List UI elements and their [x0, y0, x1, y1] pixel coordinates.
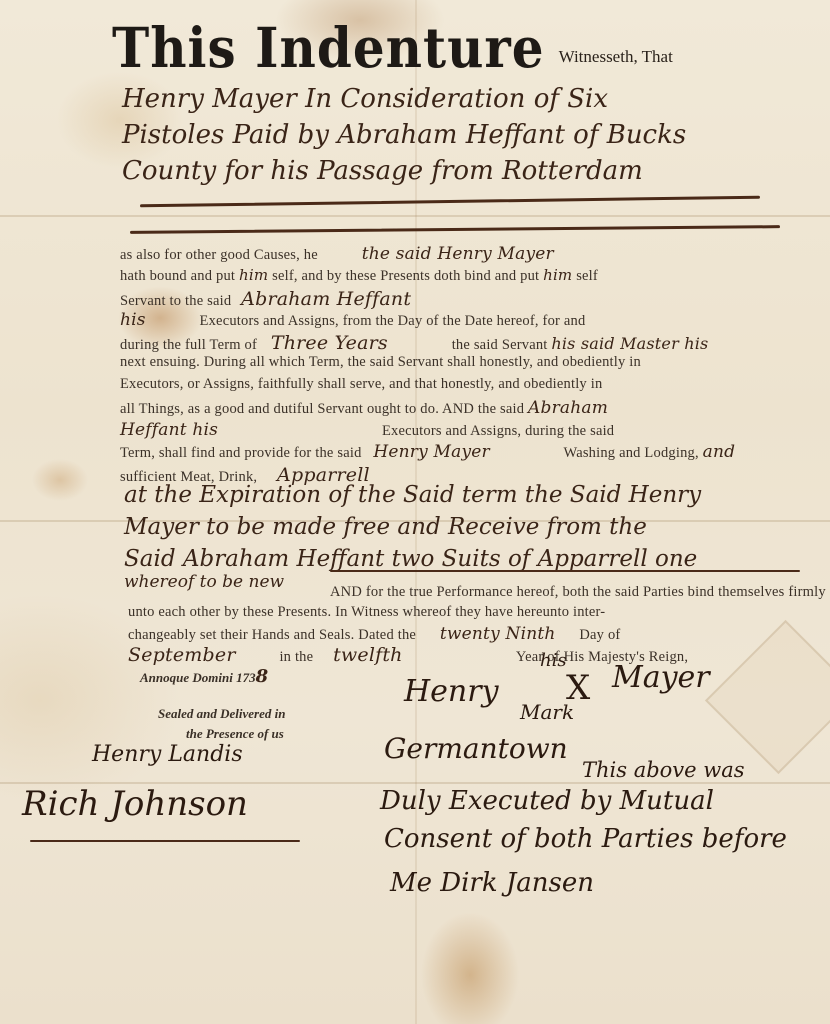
title-suffix: Witnesseth, That — [559, 47, 673, 67]
signature-flourish — [30, 840, 300, 842]
printed-line: next ensuing. During all which Term, the… — [120, 354, 641, 371]
handwritten-line: at the Expiration of the Said term the S… — [124, 482, 701, 508]
witness-signature: Henry Landis — [92, 742, 243, 767]
printed-text: self, and by these Presents doth bind an… — [272, 268, 539, 284]
handwritten-fill: him — [239, 266, 268, 284]
handwritten-fill: Abraham Heffant — [241, 288, 411, 310]
date-day: twenty Ninth — [440, 624, 556, 644]
handwritten-line: County for his Passage from Rotterdam — [122, 156, 643, 186]
printed-line: during the full Term of Three Years the … — [120, 332, 708, 354]
handwritten-fill: Heffant his — [120, 420, 218, 440]
witness-caption: Sealed and Delivered in — [158, 706, 285, 722]
attestation-line: Me Dirk Jansen — [390, 868, 594, 898]
printed-line: hath bound and put him self, and by thes… — [120, 266, 598, 285]
printed-line: unto each other by these Presents. In Wi… — [128, 604, 605, 621]
printed-text: changeably set their Hands and Seals. Da… — [128, 627, 416, 643]
signature-last-name: Mayer — [612, 660, 710, 695]
printed-text: Executors and Assigns, from the Day of t… — [200, 313, 586, 329]
handwritten-line: Henry Mayer In Consideration of Six — [122, 84, 608, 114]
signature-first-name: Henry — [404, 674, 499, 709]
signature-his: his — [540, 650, 567, 671]
anno-domini: Annoque Domini 1738 — [140, 666, 268, 687]
printed-text: all Things, as a good and dutiful Servan… — [120, 401, 524, 417]
printed-text: Washing and Lodging, — [563, 445, 698, 461]
printed-line: changeably set their Hands and Seals. Da… — [128, 624, 620, 644]
printed-text: the said Servant — [452, 337, 548, 353]
printed-text: Term, shall find and provide for the sai… — [120, 445, 362, 461]
handwritten-fill: the said Henry Mayer — [362, 244, 554, 264]
printed-text: self — [576, 268, 598, 284]
printed-text: Annoque Domini 173 — [140, 670, 256, 685]
printed-text: Servant to the said — [120, 293, 231, 309]
printed-text: Executors and Assigns, during the said — [382, 423, 614, 439]
handwritten-line: Mayer to be made free and Receive from t… — [124, 514, 647, 540]
handwritten-fill: his said Master his — [551, 334, 708, 353]
printed-line: Heffant his Executors and Assigns, durin… — [120, 420, 614, 440]
printed-line: his Executors and Assigns, from the Day … — [120, 310, 585, 330]
printed-line: as also for other good Causes, he the sa… — [120, 244, 554, 264]
attestation-line: Consent of both Parties before — [384, 824, 787, 854]
printed-line: Executors, or Assigns, faithfully shall … — [120, 376, 602, 393]
date-month: September — [128, 644, 236, 666]
printed-text: hath bound and put — [120, 268, 235, 284]
handwritten-fill: Three Years — [271, 332, 388, 354]
attestation-line: This above was — [582, 758, 745, 782]
printed-text: as also for other good Causes, he — [120, 247, 318, 263]
printed-line: September in the twelfth Year of His Maj… — [128, 644, 688, 666]
signature-place: Germantown — [384, 732, 568, 765]
date-regnal-year: twelfth — [333, 644, 403, 666]
printed-line: all Things, as a good and dutiful Servan… — [120, 398, 608, 418]
handwritten-line: Said Abraham Heffant two Suits of Apparr… — [124, 546, 697, 572]
handwritten-line: whereof to be new — [124, 572, 284, 592]
handwritten-fill: and — [703, 442, 736, 462]
printed-text: Day of — [579, 627, 620, 643]
handwritten-fill: Henry Mayer — [373, 442, 490, 462]
document-title: This Indenture — [112, 15, 545, 80]
witness-signature: Rich Johnson — [22, 784, 248, 824]
handwritten-line: Pistoles Paid by Abraham Heffant of Buck… — [122, 120, 686, 150]
signature-mark-label: Mark — [520, 700, 574, 724]
ink-rule — [330, 570, 800, 572]
printed-text: in the — [279, 649, 313, 665]
handwritten-fill: him — [543, 266, 572, 284]
attestation-line: Duly Executed by Mutual — [380, 786, 714, 816]
printed-line: AND for the true Performance hereof, bot… — [330, 584, 826, 601]
printed-line: Term, shall find and provide for the sai… — [120, 442, 735, 462]
date-year-digit: 8 — [256, 666, 269, 687]
handwritten-fill: his — [120, 310, 146, 330]
printed-line: Servant to the said Abraham Heffant — [120, 288, 417, 310]
handwritten-fill: Abraham — [528, 398, 608, 418]
document-heading: This Indenture Witnesseth, That — [112, 18, 673, 77]
printed-text: during the full Term of — [120, 337, 257, 353]
witness-caption: the Presence of us — [186, 726, 284, 742]
